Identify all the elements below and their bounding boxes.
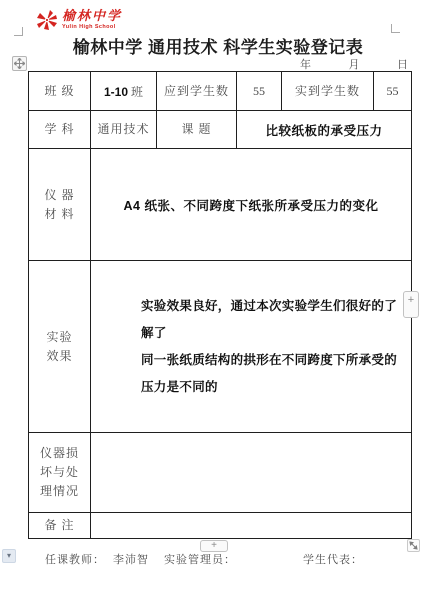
damage-value-cell[interactable]	[91, 433, 412, 513]
table-move-handle-icon	[14, 58, 25, 69]
date-year-label: 年	[300, 56, 311, 72]
teacher-label: 任课教师：	[45, 551, 105, 567]
subject-value-cell[interactable]: 通用技术	[91, 111, 157, 149]
table-row: 仪 器 材 料 A4 纸张、不同跨度下纸张所承受压力的变化	[29, 149, 412, 261]
date-day-label: 日	[397, 56, 408, 72]
class-value-cell[interactable]: 1-10 班	[91, 72, 157, 111]
topic-label-cell[interactable]: 课 题	[157, 111, 237, 149]
equipment-value-cell[interactable]: A4 纸张、不同跨度下纸张所承受压力的变化	[91, 149, 412, 261]
notes-label-cell[interactable]: 备 注	[29, 513, 91, 539]
equipment-label-cell[interactable]: 仪 器 材 料	[29, 149, 91, 261]
table-move-handle[interactable]	[12, 56, 27, 71]
table-row: 实验 效果 实验效果良好，通过本次实验学生们很好的了解了 同一张纸质结构的拱形在…	[29, 261, 412, 433]
manager-label: 实验管理员：	[164, 551, 236, 567]
table-row: 仪器损 坏与处 理情况	[29, 433, 412, 513]
student-representative-label: 学生代表：	[303, 551, 363, 567]
page-title[interactable]: 榆林中学 通用技术 科学生实验登记表	[0, 33, 436, 58]
plus-icon: +	[211, 541, 217, 551]
school-flower-logo-icon	[36, 9, 58, 31]
school-logo: 榆林中学 Yulin High School	[36, 9, 122, 31]
add-column-button[interactable]: +	[403, 291, 419, 318]
date-month-label: 月	[349, 56, 360, 72]
effect-value-cell[interactable]: 实验效果良好，通过本次实验学生们很好的了解了 同一张纸质结构的拱形在不同跨度下所…	[91, 261, 412, 433]
plus-icon: +	[408, 294, 414, 306]
notes-value-cell[interactable]	[91, 513, 412, 539]
subject-label-cell[interactable]: 学 科	[29, 111, 91, 149]
class-suffix: 班	[128, 85, 143, 99]
school-name: 榆林中学	[62, 9, 122, 23]
table-row: 备 注	[29, 513, 412, 539]
expected-students-label-cell[interactable]: 应到学生数	[157, 72, 237, 111]
text-boundary-mark-top-right	[391, 24, 400, 33]
effect-label-cell[interactable]: 实验 效果	[29, 261, 91, 433]
topic-value-cell[interactable]: 比较纸板的承受压力	[237, 111, 412, 149]
table-row: 学 科 通用技术 课 题 比较纸板的承受压力	[29, 111, 412, 149]
document-page: 榆林中学 Yulin High School 榆林中学 通用技术 科学生实验登记…	[0, 0, 436, 591]
actual-students-value-cell[interactable]: 55	[374, 72, 412, 111]
damage-label-cell[interactable]: 仪器损 坏与处 理情况	[29, 433, 91, 513]
school-name-english: Yulin High School	[62, 23, 122, 31]
date-line[interactable]: 年 月 日	[300, 56, 408, 72]
teacher-name[interactable]: 李沛智	[113, 551, 149, 567]
class-value: 1-10	[104, 85, 128, 99]
table-resize-icon	[409, 541, 418, 550]
signature-line: 任课教师： 李沛智 实验管理员： 学生代表：	[0, 551, 436, 567]
experiment-form-table: 班 级 1-10 班 应到学生数 55 实到学生数 55 学 科 通用技术 课 …	[28, 71, 412, 539]
expected-students-value-cell[interactable]: 55	[237, 72, 282, 111]
actual-students-label-cell[interactable]: 实到学生数	[282, 72, 374, 111]
table-row: 班 级 1-10 班 应到学生数 55 实到学生数 55	[29, 72, 412, 111]
class-label-cell[interactable]: 班 级	[29, 72, 91, 111]
